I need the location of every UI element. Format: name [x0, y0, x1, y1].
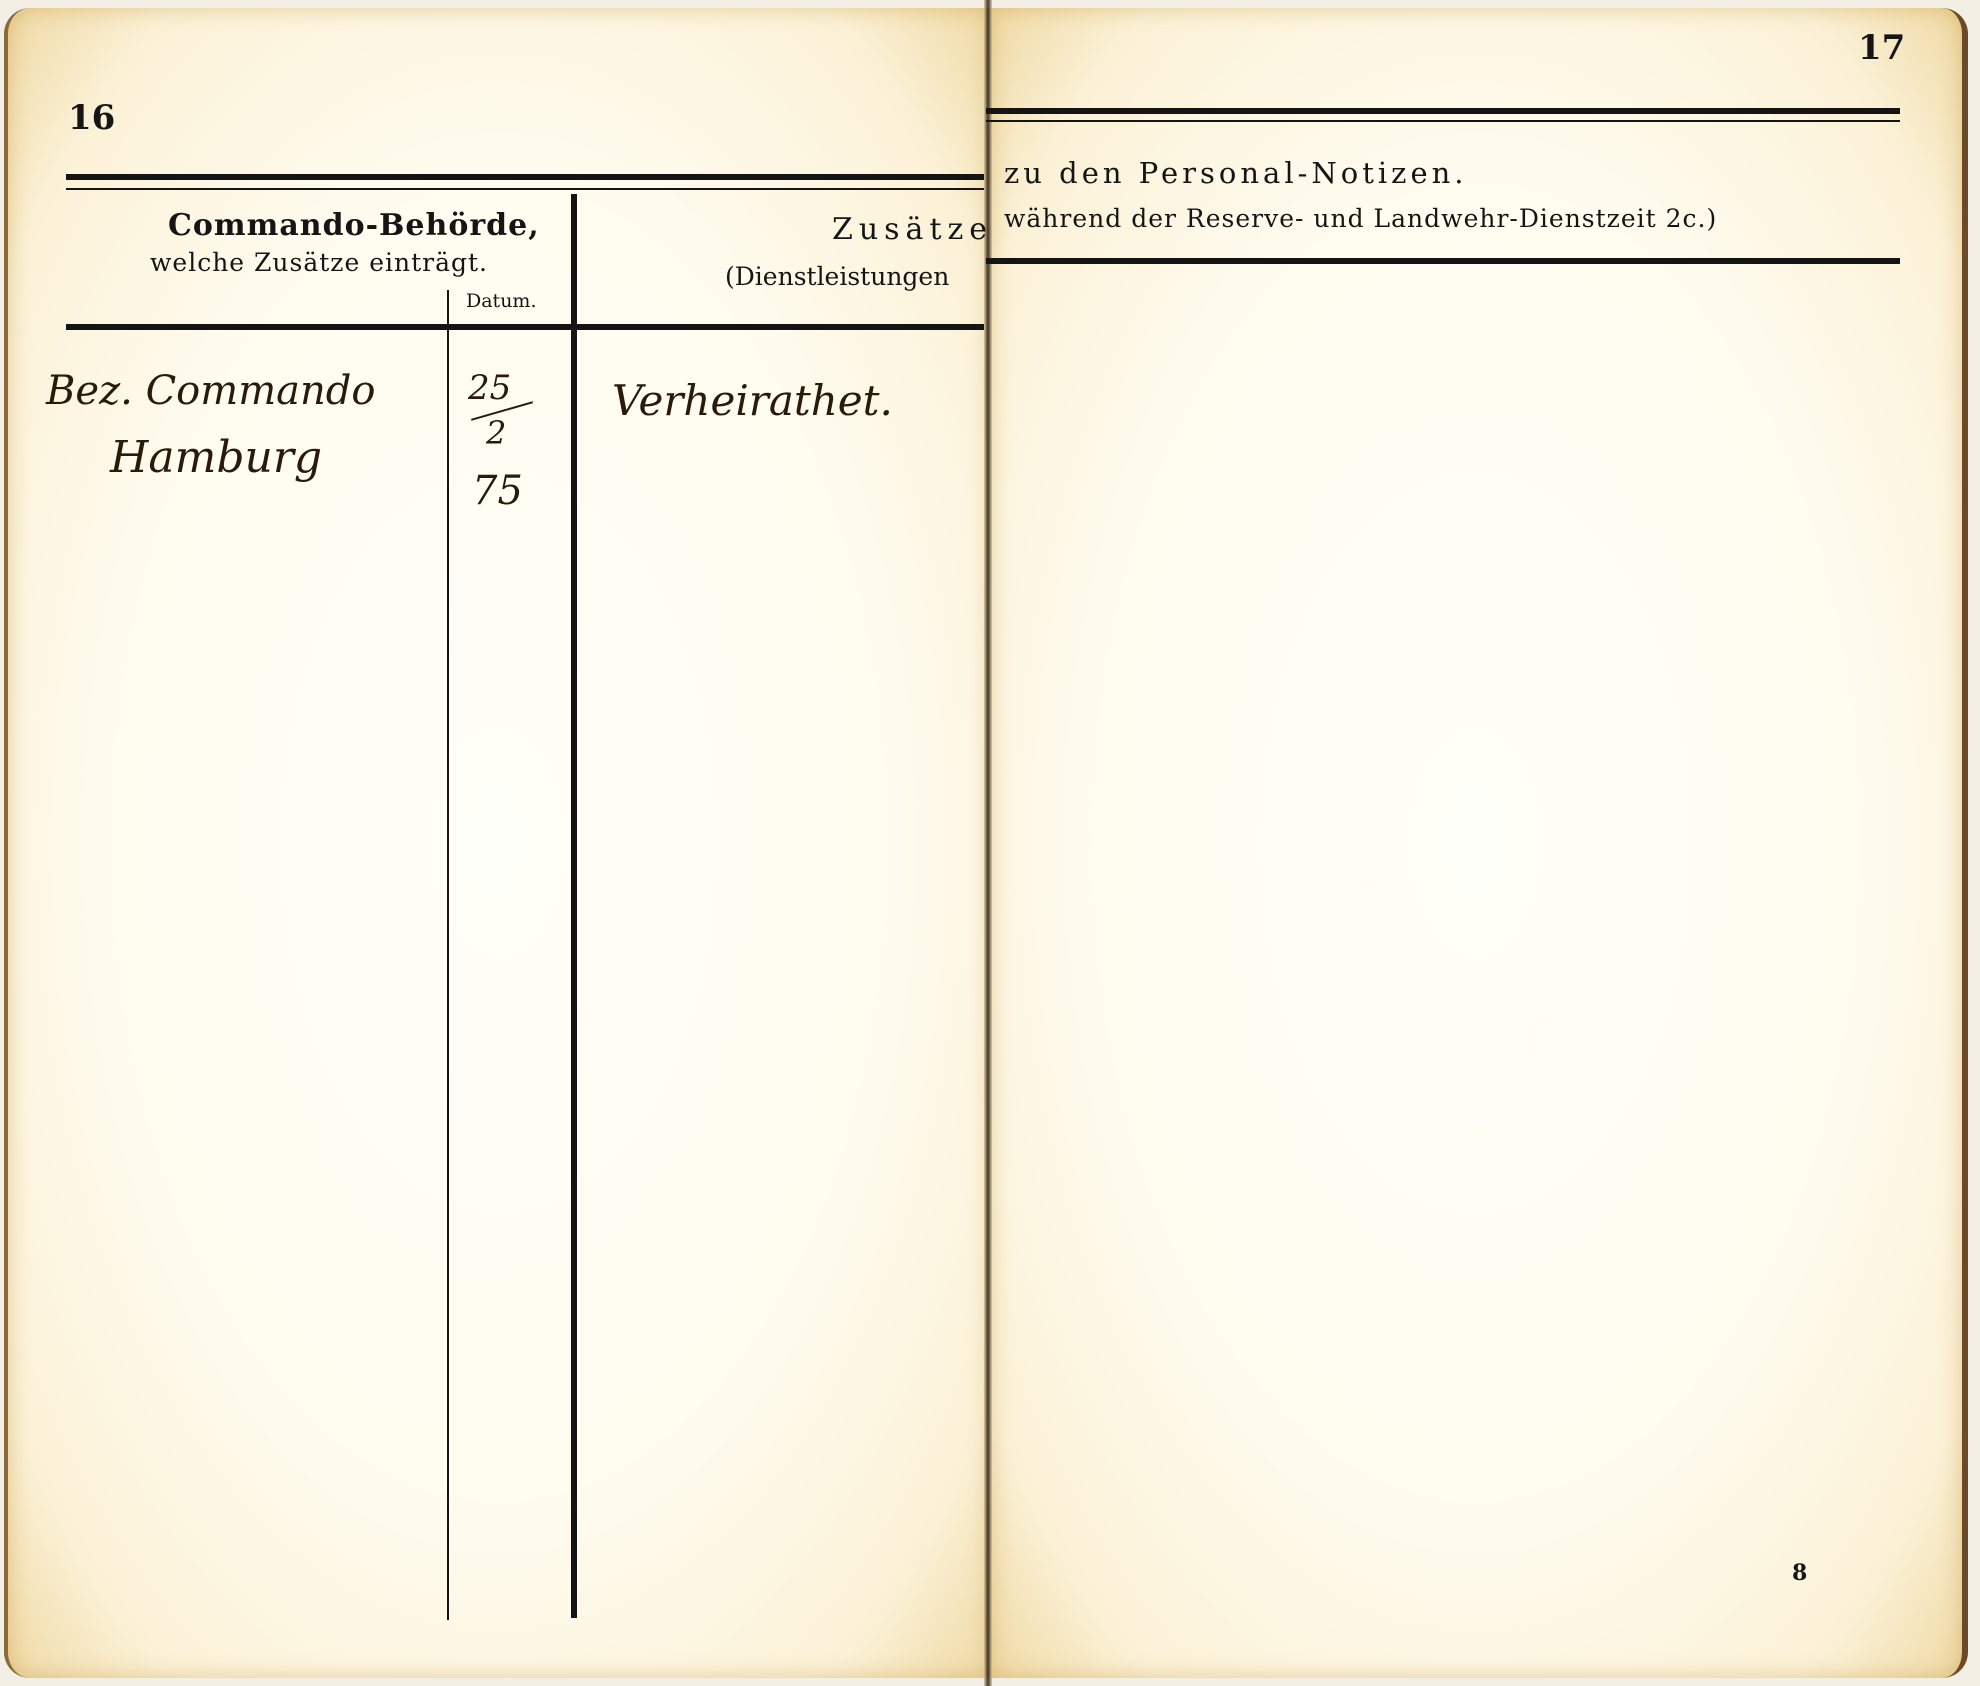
date-column-label: Datum. — [466, 290, 537, 312]
right-top-thin-rule — [986, 120, 1900, 122]
entry-date-year: 75 — [472, 468, 523, 514]
entry-authority-line2: Hamburg — [110, 432, 322, 483]
right-page-number: 17 — [1858, 28, 1905, 68]
authority-column-title: Commando-Behörde, — [168, 208, 540, 243]
date-column-divider — [447, 290, 449, 1620]
header-bottom-rule — [66, 324, 984, 330]
signature-mark: 8 — [1792, 1560, 1807, 1586]
entry-addition: Verheirathet. — [612, 376, 893, 425]
entry-date-month: 2 — [486, 414, 506, 452]
right-heading-line2: während der Reserve- und Landwehr-Dienst… — [1004, 204, 1717, 233]
open-passbook: 16 Commando-Behörde, welche Zusätze eint… — [0, 0, 1980, 1686]
left-page-number: 16 — [68, 98, 115, 138]
right-heading-line1: zu den Personal-Notizen. — [1004, 156, 1468, 190]
top-thin-rule — [66, 188, 984, 190]
right-top-thick-rule — [986, 108, 1900, 114]
entry-authority-line1: Bez. Commando — [46, 368, 375, 414]
additions-column-subtitle: (Dienstleistungen — [725, 262, 949, 291]
additions-column-divider — [571, 194, 577, 1618]
entry-date-day: 25 — [468, 368, 511, 408]
top-thick-rule — [66, 174, 984, 180]
right-header-bottom-rule — [986, 258, 1900, 264]
additions-column-title: Zusätze — [832, 212, 993, 247]
authority-column-subtitle: welche Zusätze einträgt. — [150, 248, 488, 277]
book-gutter — [984, 0, 992, 1686]
